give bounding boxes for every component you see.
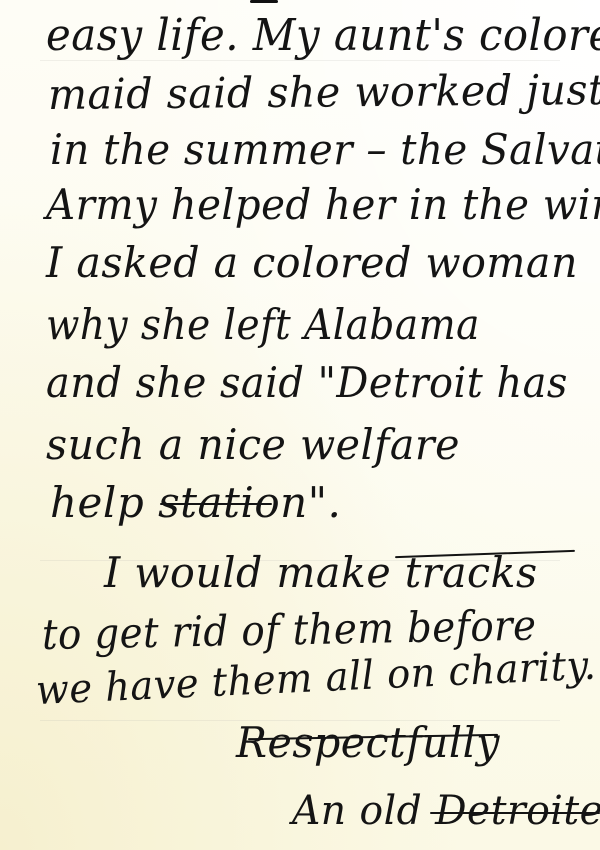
letter-signature: An old Detroiter <box>292 788 600 834</box>
ink-stroke-previous-line <box>250 0 278 3</box>
letter-line-7: and she said "Detroit has <box>46 358 568 407</box>
letter-line-8: such a nice welfare <box>46 420 460 469</box>
letter-line-1: easy life. My aunt's colored <box>46 10 600 61</box>
ink-stroke-t-cross <box>160 503 272 505</box>
letter-line-6: why she left Alabama <box>46 300 480 349</box>
letter-closing: Respectfully <box>236 718 500 767</box>
letter-page: easy life. My aunt's colored maid said s… <box>0 0 600 850</box>
letter-line-3: in the summer – the Salvation <box>50 125 600 174</box>
letter-line-2: maid said she worked just <box>48 65 600 119</box>
letter-line-4: Army helped her in the winter. <box>46 180 600 229</box>
letter-line-5: I asked a colored woman <box>46 238 578 287</box>
ink-stroke-signature-underline <box>430 812 600 814</box>
